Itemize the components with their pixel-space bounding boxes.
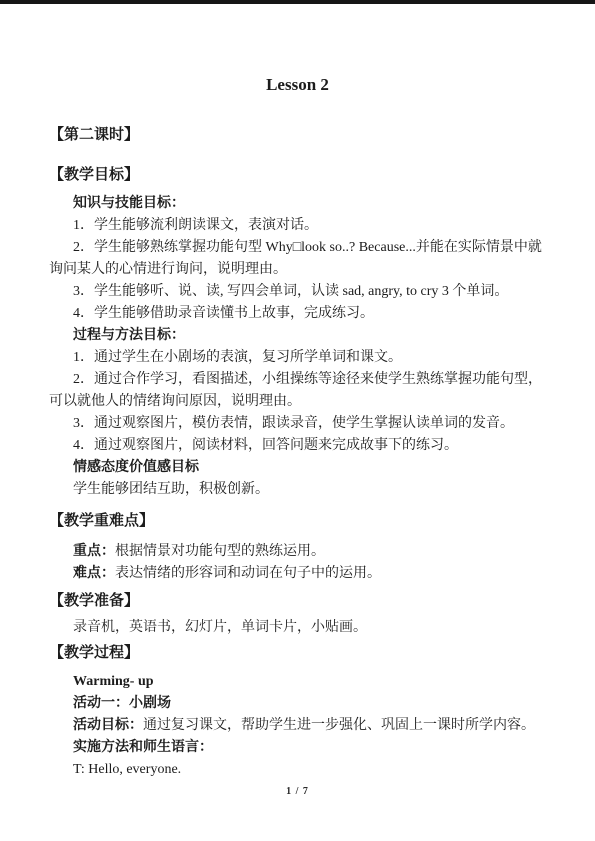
section-heading-session: 【第二课时】 [49,123,546,147]
knowledge-goal-item: 2．学生能够熟练掌握功能句型 Why□look so..? Because...… [49,237,546,281]
warmup-heading: Warming- up [49,671,546,693]
focus-label: 重点： [73,544,115,559]
emotion-goals-heading: 情感态度价值感目标 [49,457,546,479]
section-heading-preparation: 【教学准备】 [49,589,546,613]
section-heading-key-points: 【教学重难点】 [49,509,546,533]
difficulty-label: 难点： [73,566,115,581]
page-number: 1 / 7 [0,786,595,797]
difficulty-text: 表达情绪的形容词和动词在句子中的运用。 [115,566,381,581]
knowledge-goal-item: 4．学生能够借助录音读懂书上故事，完成练习。 [49,303,546,325]
activity-goal-text: 通过复习课文，帮助学生进一步强化、巩固上一课时所学内容。 [143,718,535,733]
section-heading-process: 【教学过程】 [49,641,546,665]
activity-goal-label: 活动目标： [73,718,143,733]
focus-text: 根据情景对功能句型的熟练运用。 [115,544,325,559]
process-goal-item: 3．通过观察图片，模仿表情，跟读录音，使学生掌握认读单词的发音。 [49,413,546,435]
emotion-goal-text: 学生能够团结互助，积极创新。 [49,479,546,501]
teacher-dialogue-line: T: Hello, everyone. [49,759,546,781]
knowledge-goal-item: 1．学生能够流利朗读课文，表演对话。 [49,215,546,237]
section-heading-objectives: 【教学目标】 [49,163,546,187]
preparation-text: 录音机，英语书，幻灯片，单词卡片，小贴画。 [49,617,546,639]
document-title: Lesson 2 [49,73,546,97]
window-top-edge [0,0,595,4]
document-page: Lesson 2 【第二课时】 【教学目标】 知识与技能目标： 1．学生能够流利… [0,73,595,781]
process-goal-item: 2．通过合作学习，看图描述，小组操练等途径来使学生熟练掌握功能句型，可以就他人的… [49,369,546,413]
method-heading: 实施方法和师生语言： [49,737,546,759]
process-goal-item: 4．通过观察图片，阅读材料，回答问题来完成故事下的练习。 [49,435,546,457]
process-goal-item: 1．通过学生在小剧场的表演，复习所学单词和课文。 [49,347,546,369]
knowledge-goal-item: 3．学生能够听、说、读, 写四会单词，认读 sad, angry, to cry… [49,281,546,303]
knowledge-goals-heading: 知识与技能目标： [49,193,546,215]
activity-title: 活动一：小剧场 [49,693,546,715]
process-goals-heading: 过程与方法目标： [49,325,546,347]
key-point-difficulty: 难点：表达情绪的形容词和动词在句子中的运用。 [49,563,546,585]
key-point-focus: 重点：根据情景对功能句型的熟练运用。 [49,541,546,563]
activity-goal: 活动目标：通过复习课文，帮助学生进一步强化、巩固上一课时所学内容。 [49,715,546,737]
